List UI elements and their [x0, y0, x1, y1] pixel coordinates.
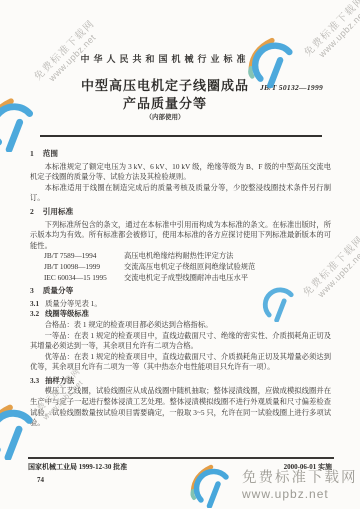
- section-3-title: 质量分等: [43, 286, 73, 295]
- reference-title: 高压电机绝缘结构耐热性评定方法: [124, 251, 233, 262]
- clause-3-2: 3.2线圈等级标准: [30, 309, 331, 320]
- section-3-number: 3: [30, 286, 34, 295]
- section-2-heading: 2引用标准: [30, 207, 331, 218]
- reference-item: JB/T 7589—1994 高压电机绝缘结构耐热性评定方法: [44, 251, 331, 262]
- section-1-heading: 1范围: [30, 149, 331, 160]
- clause-3-3-number: 3.3: [30, 376, 39, 385]
- section-1-paragraph-2: 本标准适用于线圈在制造完成后的质量考核及质量分等，少胶整浸线圈技术条件另行制订。: [30, 183, 331, 204]
- reference-code: JB/T 10098—1999: [44, 262, 124, 273]
- reference-title: 交流电机定子成型线圈耐冲击电压水平: [124, 273, 248, 284]
- grade-premium-paragraph: 优等品：在表 1 规定的检查项目中，直线边截面尺寸、介质损耗角正切及其增量必须达…: [30, 352, 331, 373]
- section-3-heading: 3质量分等: [30, 286, 331, 297]
- page-number: 74: [37, 476, 44, 484]
- clause-3-1: 3.1质量分等见表 1。: [30, 299, 331, 310]
- reference-item: IEC 60034—15 1995 交流电机定子成型线圈耐冲击电压水平: [44, 273, 331, 284]
- section-2-title: 引用标准: [43, 207, 73, 216]
- sampling-paragraph: 模压工艺线圈，试验线圈应从成品线圈中随机抽取；整体浸渍线圈，应做成模拟线圈并在生…: [30, 386, 331, 428]
- clause-3-1-number: 3.1: [30, 299, 39, 308]
- section-1-number: 1: [30, 149, 34, 158]
- document-page: 中华人民共和国机械行业标准 中型高压电机定子线圈成品 产品质量分等 （内部使用）…: [0, 0, 360, 509]
- section-2-paragraph-1: 下列标准所包含的条文，通过在本标准中引用而构成为本标准的条文。在标准出版时，所示…: [30, 220, 331, 252]
- clause-3-2-title: 线圈等级标准: [45, 309, 89, 318]
- body-text: 1范围 本标准规定了额定电压为 3 kV、6 kV、10 kV 级，绝缘等级为 …: [30, 146, 331, 429]
- footer-divider: [28, 457, 334, 459]
- page-content: 中华人民共和国机械行业标准 中型高压电机定子线圈成品 产品质量分等 （内部使用）…: [0, 0, 360, 509]
- standard-header: 中华人民共和国机械行业标准: [10, 52, 320, 65]
- reference-item: JB/T 10098—1999 交流高压电机定子绕组匝间绝缘试验规范: [44, 262, 331, 273]
- standard-number: JB/T 50132—1999: [260, 83, 323, 92]
- grade-pass-paragraph: 合格品：表 1 规定的检查项目都必须达到合格指标。: [30, 320, 331, 331]
- clause-3-1-text: 质量分等见表 1。: [45, 299, 102, 308]
- section-2-number: 2: [30, 207, 34, 216]
- implementation-line: 2000-06-01 实施: [284, 462, 332, 472]
- clause-3-3-title: 抽样方法: [45, 376, 74, 385]
- approval-line: 国家机械工业局 1999-12-30 批准: [28, 462, 127, 472]
- section-1-title: 范围: [43, 149, 58, 158]
- reference-code: JB/T 7589—1994: [44, 251, 124, 262]
- reference-code: IEC 60034—15 1995: [44, 273, 124, 284]
- internal-use-note: （内部使用）: [10, 112, 320, 121]
- grade-first-paragraph: 一等品：在表 1 规定的检查项目中，直线边截面尺寸、绝缘的密实性、介质损耗角正切…: [30, 331, 331, 352]
- title-divider: [40, 135, 322, 137]
- section-1-paragraph-1: 本标准规定了额定电压为 3 kV、6 kV、10 kV 级，绝缘等级为 B、F …: [30, 162, 331, 183]
- clause-3-2-number: 3.2: [30, 309, 39, 318]
- clause-3-3: 3.3抽样方法: [30, 376, 331, 387]
- reference-title: 交流高压电机定子绕组匝间绝缘试验规范: [124, 262, 255, 273]
- document-title-line2: 产品质量分等: [10, 93, 320, 112]
